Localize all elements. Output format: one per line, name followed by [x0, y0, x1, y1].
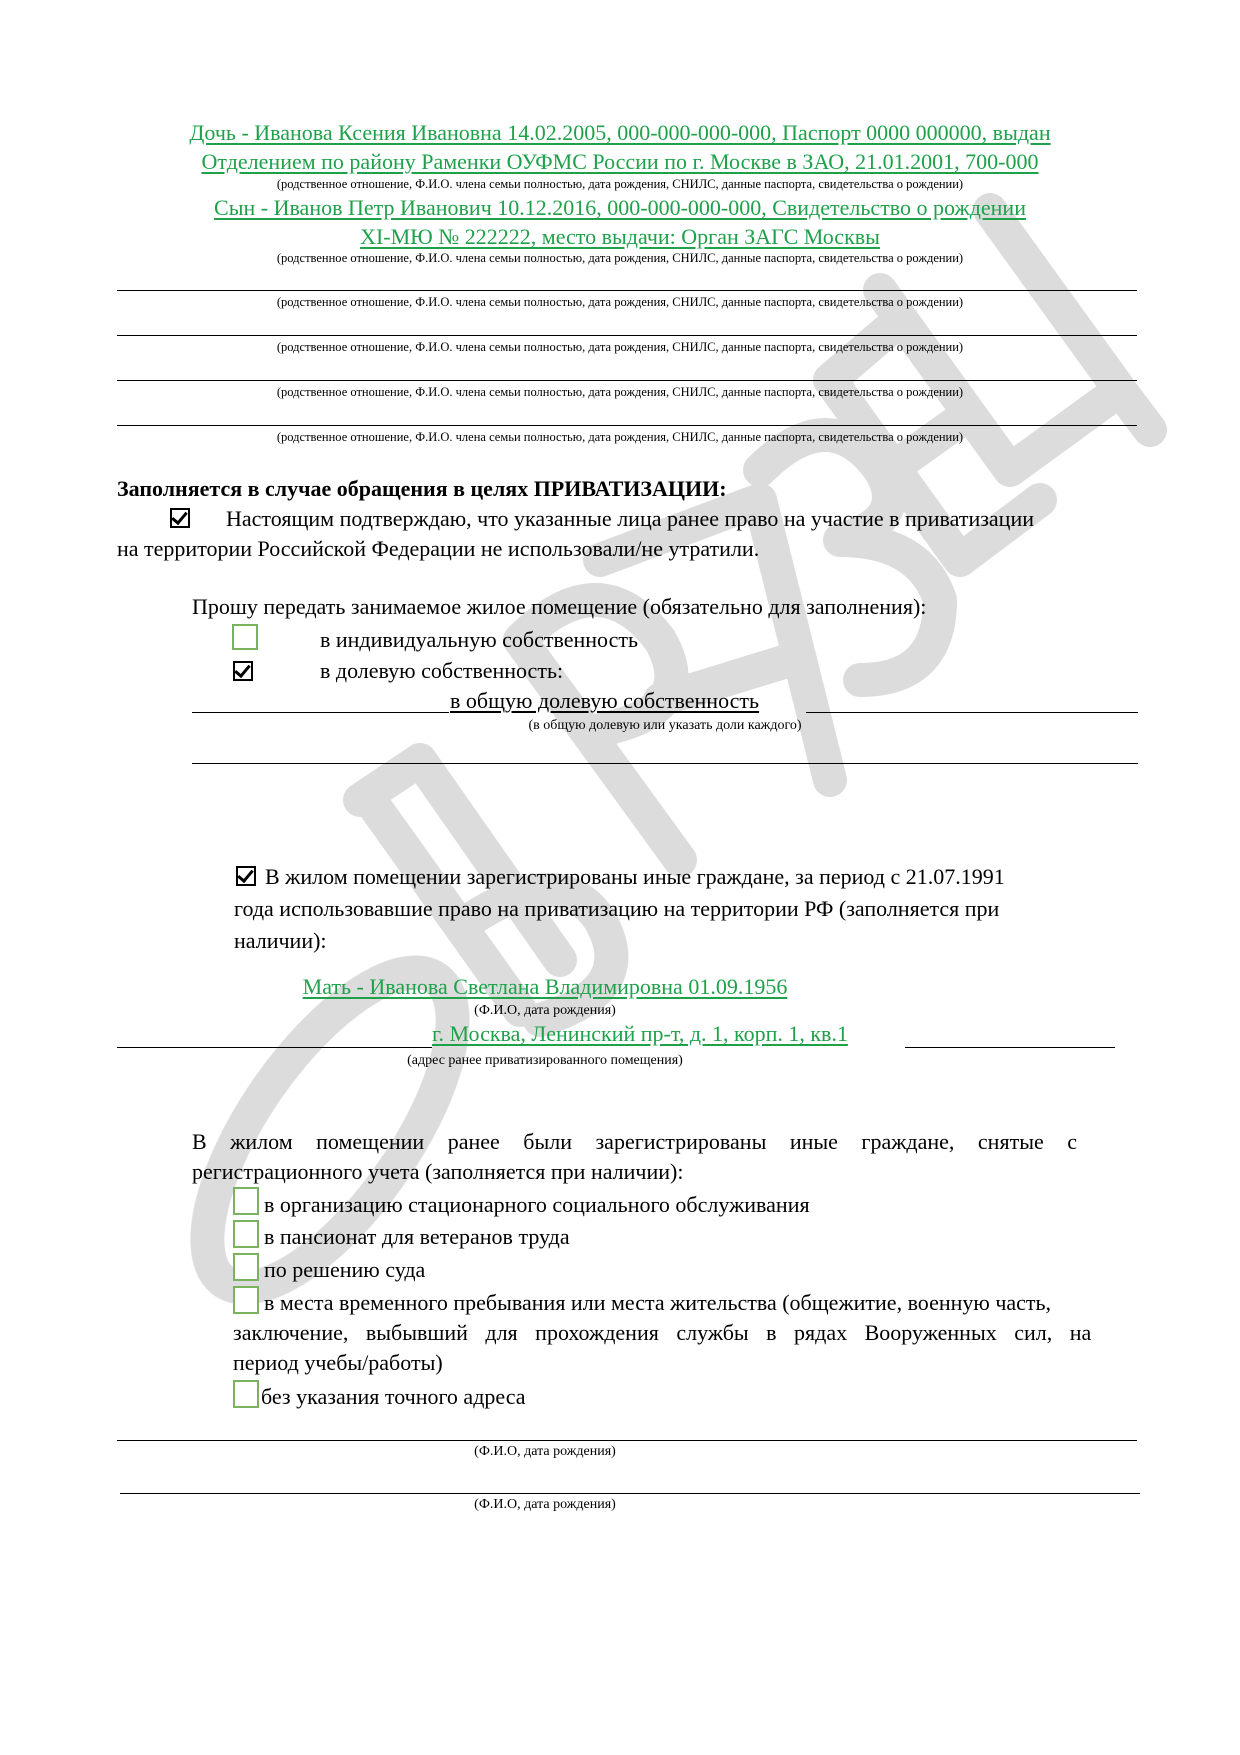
- member-2-caption: (родственное отношение, Ф.И.О. члена сем…: [0, 250, 1240, 266]
- checkbox-checked-icon: [233, 661, 253, 681]
- checkbox-empty-icon: [233, 1380, 259, 1408]
- dereg-option-4-checkbox[interactable]: [233, 1286, 259, 1314]
- other-citizen-person-field[interactable]: Мать - Иванова Светлана Владимировна 01.…: [0, 972, 1165, 1001]
- confirm-checkbox[interactable]: [170, 508, 190, 528]
- other-citizen-person-caption: (Ф.И.О, дата рождения): [0, 1003, 1165, 1019]
- member-1-line-2[interactable]: Отделением по району Раменки ОУФМС Росси…: [0, 147, 1240, 176]
- other-citizens-text-line-1: В жилом помещении зарегистрированы иные …: [265, 862, 1005, 892]
- option-shared-label: в долевую собственность:: [320, 656, 563, 686]
- member-6-caption: (родственное отношение, Ф.И.О. члена сем…: [0, 429, 1240, 445]
- member-3-input-line[interactable]: [117, 290, 1137, 291]
- checkbox-empty-icon: [233, 1220, 259, 1248]
- confirm-text-line-2: на территории Российской Федерации не ис…: [117, 534, 759, 564]
- share-caption: (в общую долевую или указать доли каждог…: [192, 718, 1138, 734]
- share-type-field[interactable]: в общую долевую собственность: [450, 686, 759, 716]
- checkbox-empty-icon: [233, 1253, 259, 1281]
- dereg-option-5-checkbox[interactable]: [233, 1380, 259, 1408]
- checkbox-checked-icon: [236, 866, 256, 886]
- other-citizens-text-line-3: наличии):: [234, 926, 327, 956]
- dereg-option-3-label: по решению суда: [264, 1255, 425, 1285]
- checkbox-empty-icon: [232, 624, 258, 650]
- other-citizens-checkbox[interactable]: [236, 866, 256, 886]
- share-line-left: [192, 712, 449, 713]
- member-3-caption: (родственное отношение, Ф.И.О. члена сем…: [0, 294, 1240, 310]
- dereg-person-1-caption: (Ф.И.О, дата рождения): [0, 1444, 1165, 1460]
- member-5-input-line[interactable]: [117, 380, 1137, 381]
- checkbox-empty-icon: [233, 1187, 259, 1215]
- other-citizen-address-caption: (адрес ранее приватизированного помещени…: [0, 1053, 1165, 1069]
- transfer-prompt: Прошу передать занимаемое жилое помещени…: [192, 592, 926, 622]
- privatization-heading: Заполняется в случае обращения в целях П…: [117, 474, 727, 504]
- deregistered-intro-line-1: В жилом помещении ранее были зарегистрир…: [192, 1127, 1138, 1157]
- member-6-input-line[interactable]: [117, 425, 1137, 426]
- option-shared-checkbox[interactable]: [233, 661, 253, 681]
- member-4-input-line[interactable]: [117, 335, 1137, 336]
- dereg-person-1-input-line[interactable]: [117, 1440, 1137, 1441]
- dereg-option-1-label: в организацию стационарного социального …: [264, 1190, 810, 1220]
- dereg-person-2-input-line[interactable]: [120, 1493, 1140, 1494]
- checkbox-empty-icon: [233, 1286, 259, 1314]
- member-1-caption: (родственное отношение, Ф.И.О. члена сем…: [0, 176, 1240, 192]
- dereg-option-4-cont-1: заключение, выбывший для прохождения слу…: [233, 1318, 1138, 1348]
- other-citizen-address-field[interactable]: г. Москва, Ленинский пр-т, д. 1, корп. 1…: [432, 1019, 848, 1048]
- other-citizens-text-line-2: года использовавшие право на приватизаци…: [234, 894, 999, 924]
- share-extra-input-line[interactable]: [192, 763, 1138, 764]
- member-5-caption: (родственное отношение, Ф.И.О. члена сем…: [0, 384, 1240, 400]
- address-line-left: [117, 1047, 432, 1048]
- deregistered-intro-line-2: регистрационного учета (заполняется при …: [192, 1157, 683, 1187]
- member-2-line-2[interactable]: XI-МЮ № 222222, место выдачи: Орган ЗАГС…: [0, 222, 1240, 251]
- confirm-text-line-1: Настоящим подтверждаю, что указанные лиц…: [226, 504, 1034, 534]
- dereg-option-1-checkbox[interactable]: [233, 1187, 259, 1215]
- dereg-option-2-checkbox[interactable]: [233, 1220, 259, 1248]
- member-1-line-1[interactable]: Дочь - Иванова Ксения Ивановна 14.02.200…: [0, 118, 1240, 147]
- dereg-option-2-label: в пансионат для ветеранов труда: [264, 1222, 570, 1252]
- option-individual-checkbox[interactable]: [232, 624, 258, 650]
- checkbox-checked-icon: [170, 508, 190, 528]
- dereg-person-2-caption: (Ф.И.О, дата рождения): [0, 1497, 1165, 1513]
- dereg-option-5-label: без указания точного адреса: [261, 1382, 526, 1412]
- member-4-caption: (родственное отношение, Ф.И.О. члена сем…: [0, 339, 1240, 355]
- member-2-line-1[interactable]: Сын - Иванов Петр Иванович 10.12.2016, 0…: [0, 193, 1240, 222]
- share-line-right: [806, 712, 1138, 713]
- address-line-right: [905, 1047, 1115, 1048]
- dereg-option-4-cont-2: период учебы/работы): [233, 1348, 443, 1378]
- option-individual-label: в индивидуальную собственность: [320, 625, 638, 655]
- dereg-option-4-label: в места временного пребывания или места …: [264, 1288, 1051, 1318]
- dereg-option-3-checkbox[interactable]: [233, 1253, 259, 1281]
